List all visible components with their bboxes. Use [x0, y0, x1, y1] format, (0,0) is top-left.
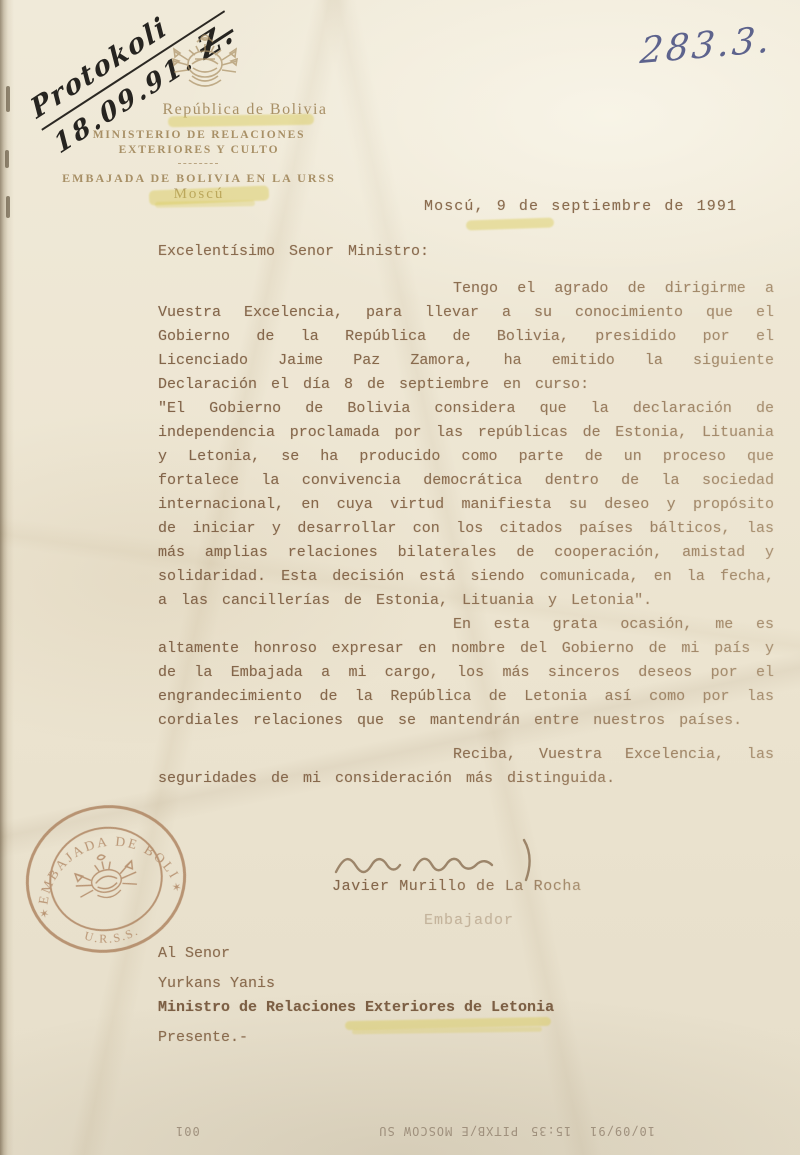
letterhead-city: Moscú	[40, 186, 358, 203]
bolivia-coat-of-arms-icon	[162, 24, 248, 106]
addressee-line: Yurkans Yanis	[158, 972, 554, 996]
closing-paragraph: Reciba, Vuestra Excelencia, las segurida…	[158, 743, 774, 791]
paragraph: En esta grata ocasión, me es altamente h…	[158, 613, 774, 733]
addressee-line: Presente.-	[158, 1026, 554, 1050]
fax-date: 10/09/91	[589, 1124, 655, 1138]
addressee-line: Ministro de Relaciones Exteriores de Let…	[158, 996, 554, 1020]
scan-left-edge	[0, 0, 14, 1155]
stamp-star-left: ✶	[38, 906, 51, 922]
letterhead-ministry-line1: MINISTERIO DE RELACIONES	[40, 129, 358, 141]
paragraph: Tengo el agrado de dirigirme a Vuestra E…	[158, 277, 774, 397]
edge-mark	[6, 86, 10, 112]
fax-page-number: 001	[175, 1124, 200, 1138]
stamp-star-right: ✶	[170, 879, 183, 895]
fax-station: PITXB/E MOSCOW SU	[378, 1124, 518, 1138]
paragraph: "El Gobierno de Bolivia considera que la…	[158, 397, 774, 613]
edge-mark	[6, 196, 10, 218]
addressee-line: Al Senor	[158, 942, 554, 966]
letterhead-ministry-line2: EXTERIORES Y CULTO	[40, 144, 358, 156]
signer-name: Javier Murillo de La Rocha	[332, 878, 582, 895]
signer-title: Embajador	[424, 912, 514, 929]
letterhead-embassy: EMBAJADA DE BOLIVIA EN LA URSS	[28, 171, 370, 186]
edge-mark	[5, 150, 9, 168]
letterhead-divider	[178, 163, 218, 164]
handwritten-file-number: 283.3.	[638, 17, 800, 72]
fax-time: 15:35	[530, 1124, 571, 1138]
scanned-letter-page: Protokoli 18.09.91.Z. 283.3. República d…	[0, 0, 800, 1155]
fax-header-upside-down: 10/09/91 15:35 PITXB/E MOSCOW SU 001	[175, 1122, 655, 1140]
salutation: Excelentísimo Senor Ministro:	[158, 240, 774, 264]
addressee-block: Al Senor Yurkans Yanis Ministro de Relac…	[158, 942, 554, 1050]
letterhead-country: República de Bolivia	[130, 101, 360, 119]
highlight-mark	[466, 217, 554, 230]
letter-body: Excelentísimo Senor Ministro: Tengo el a…	[158, 240, 774, 791]
dateline: Moscú, 9 de septiembre de 1991	[424, 198, 737, 215]
